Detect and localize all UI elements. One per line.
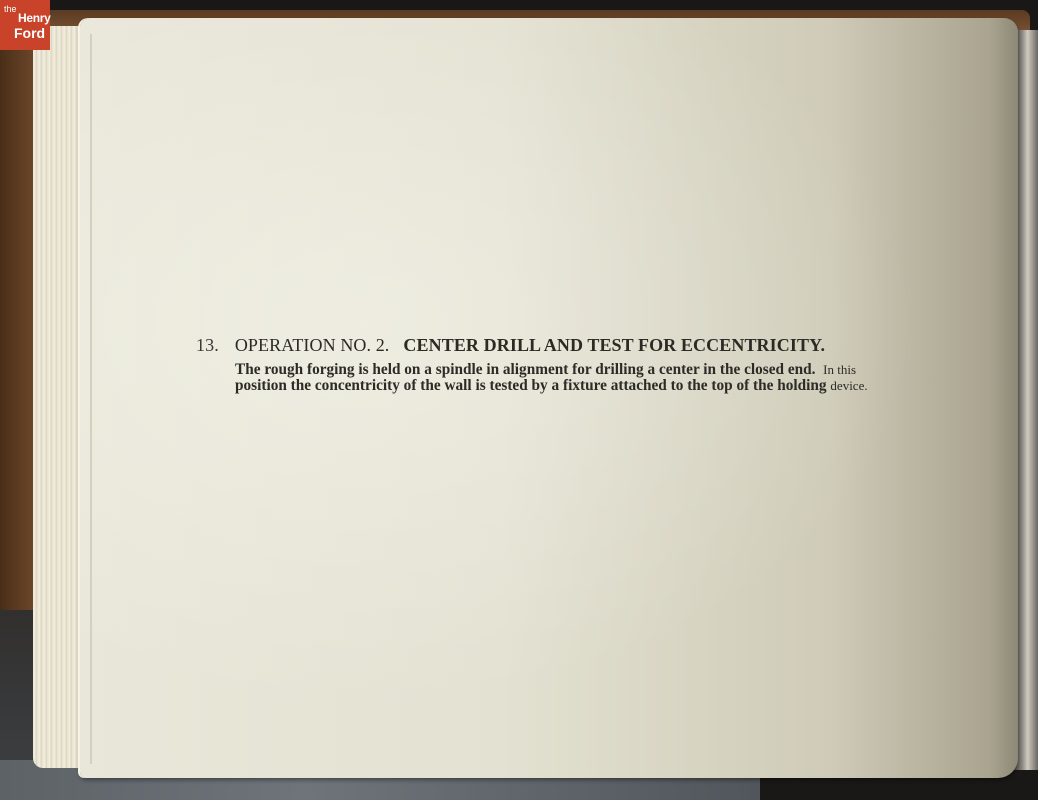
caption-block: 13.OPERATION NO. 2.CENTER DRILL AND TEST… [196,335,996,394]
body-line-2-tail: device. [830,378,867,393]
logo-henry: Henry [18,12,51,24]
operation-title: CENTER DRILL AND TEST FOR ECCENTRICITY. [403,335,825,355]
document-page [80,18,1018,778]
page-edge-line [90,34,92,764]
body-line-1-tail: In this [823,362,856,377]
caption-heading: 13.OPERATION NO. 2.CENTER DRILL AND TEST… [196,335,996,356]
logo-ford: Ford [14,26,45,40]
body-line-1-main: The rough forging is held on a spindle i… [235,361,816,378]
body-line-1: The rough forging is held on a spindle i… [235,362,996,378]
henry-ford-logo: the Henry Ford [0,0,50,50]
operation-label: OPERATION NO. 2. [235,335,390,355]
body-line-2-main: position the concentricity of the wall i… [235,377,827,394]
logo-the: the [4,5,17,14]
item-number: 13. [196,335,219,355]
body-line-2: position the concentricity of the wall i… [235,378,996,394]
caption-body: The rough forging is held on a spindle i… [235,362,996,394]
